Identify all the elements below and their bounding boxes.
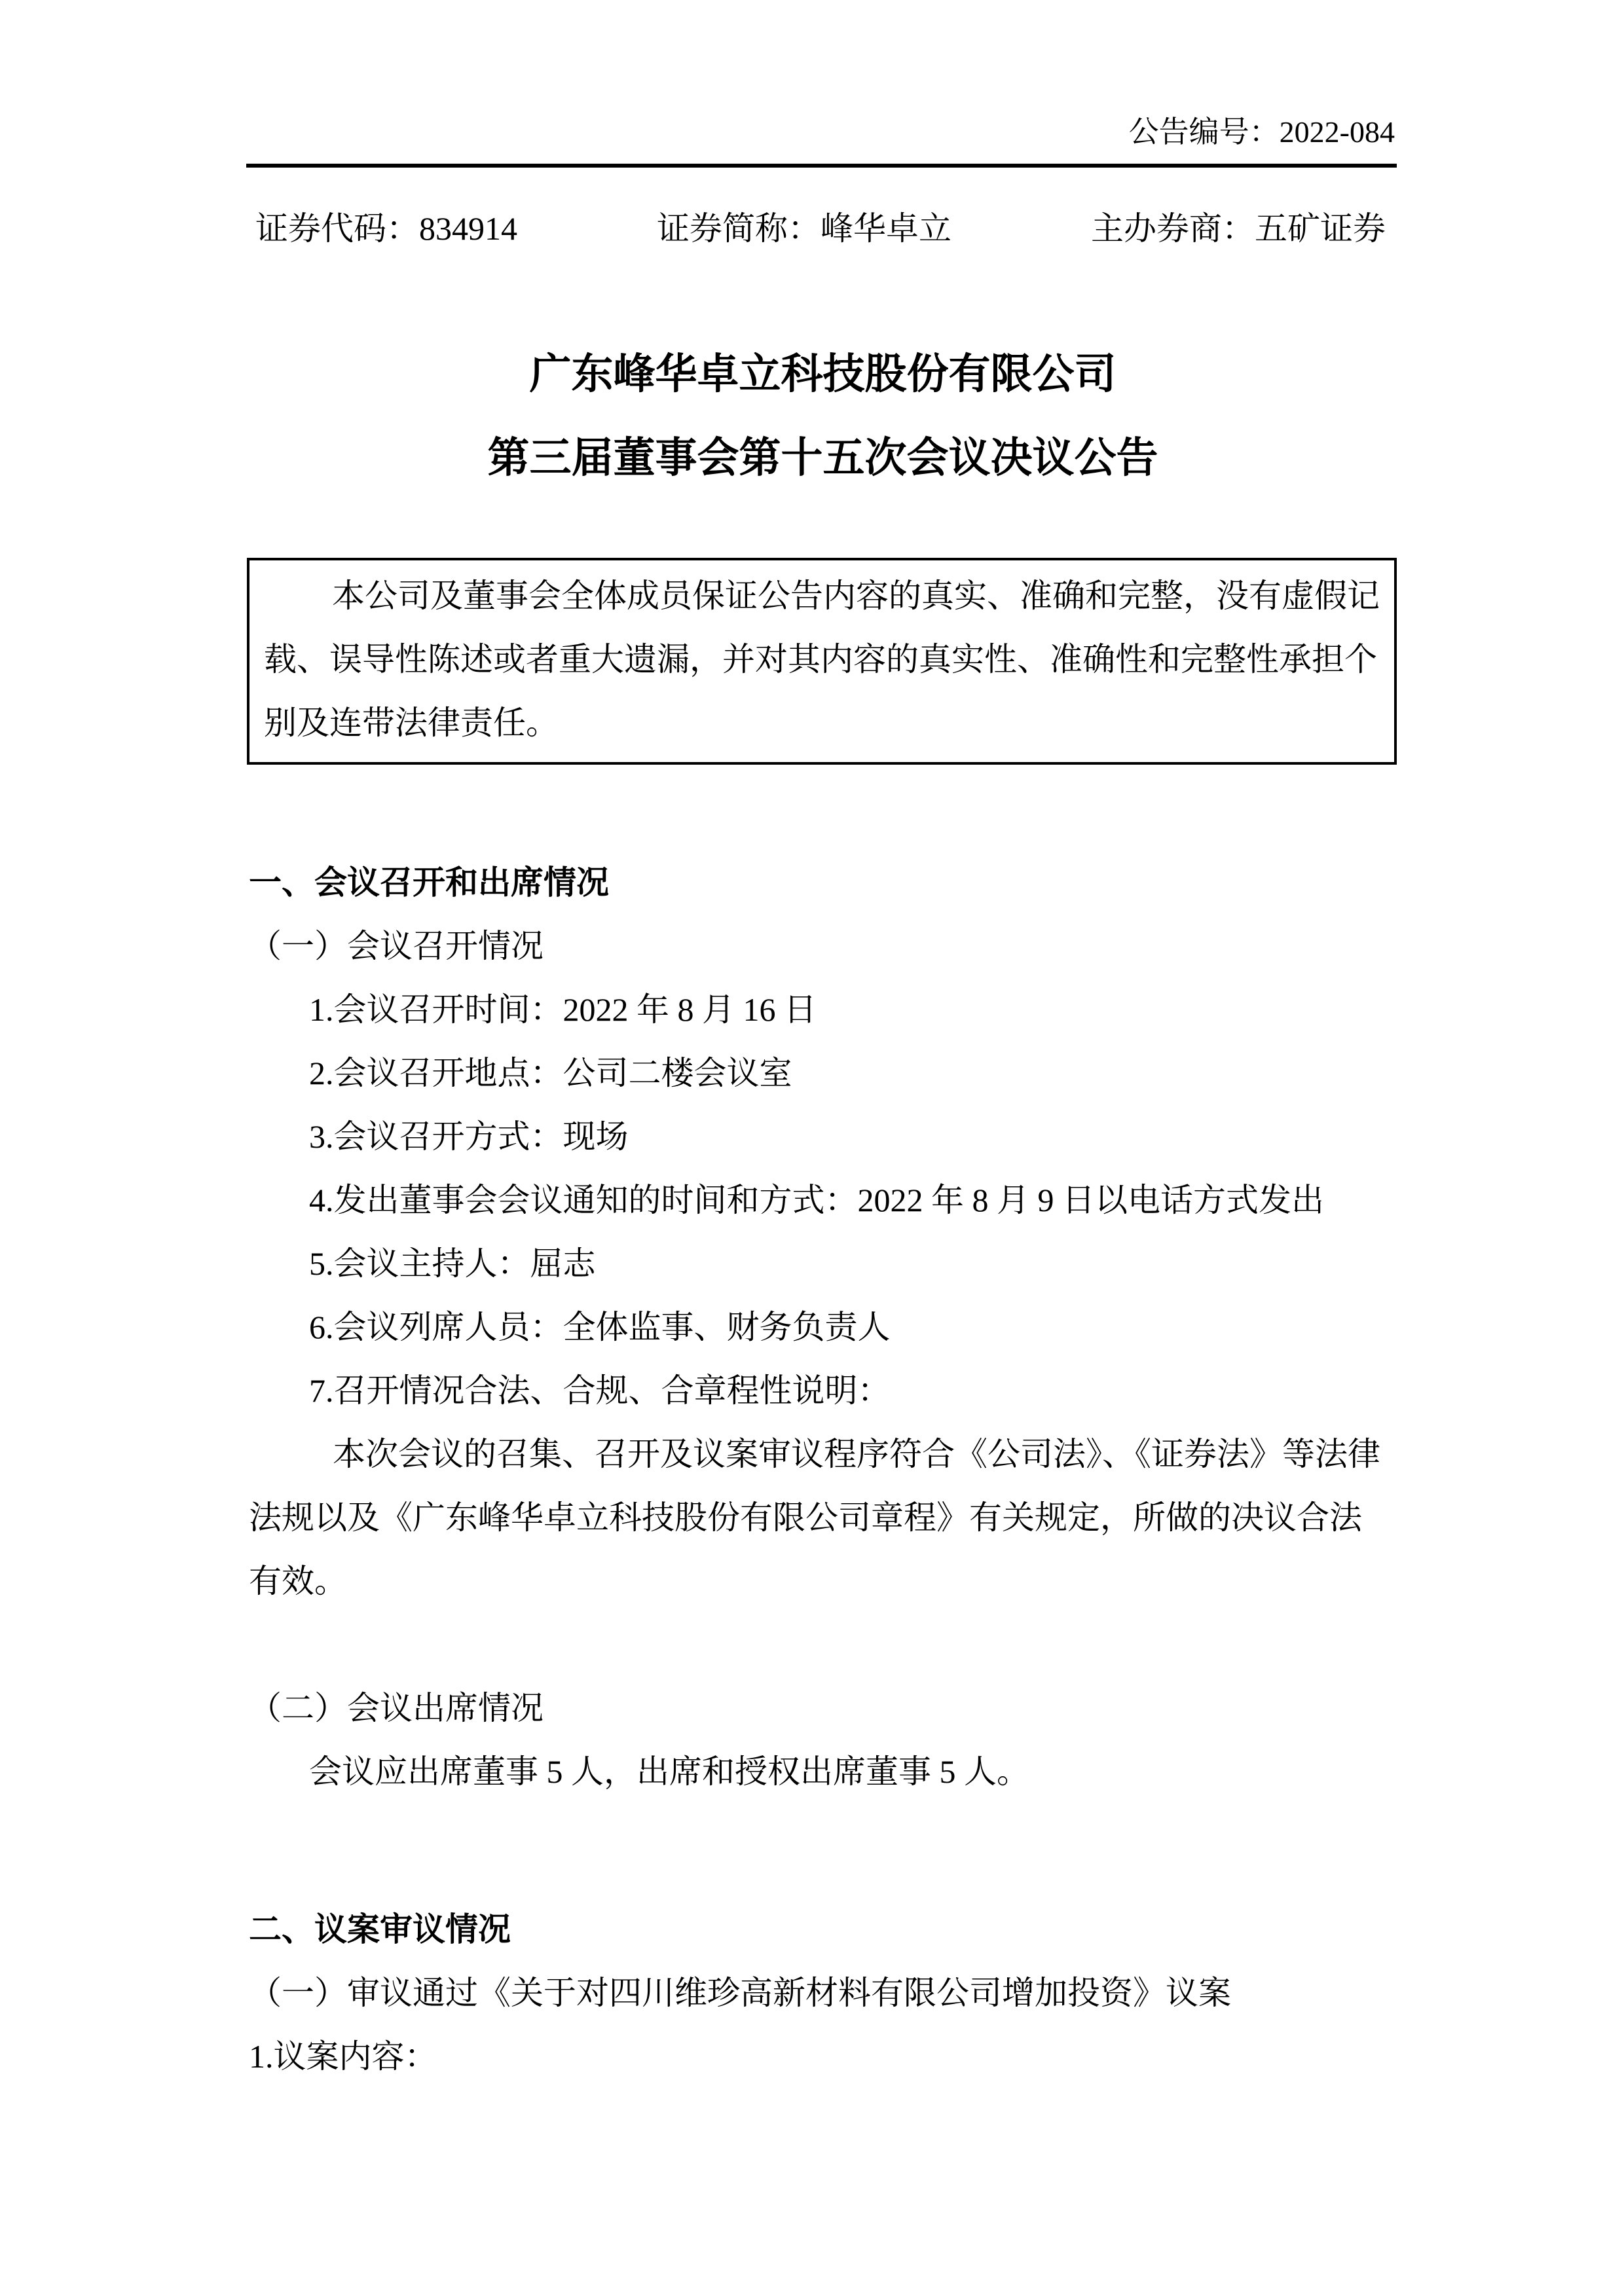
announcement-number: 公告编号：2022-084 (1129, 115, 1395, 149)
legality-line: 本次会议的召集、召开及议案审议程序符合《公司法》、《证券法》等法律 (249, 1423, 1397, 1486)
company-title: 广东峰华卓立科技股份有限公司 (249, 348, 1397, 401)
meeting-item-legality-label: 7.召开情况合法、合规、合章程性说明： (249, 1359, 1397, 1423)
section1-heading: 一、会议召开和出席情况 (249, 851, 1397, 915)
section2-sub1-heading: （一）审议通过《关于对四川维珍高新材料有限公司增加投资》议案 (249, 1961, 1397, 2025)
blank-line (249, 1613, 1397, 1677)
stock-short-name: 证券简称：峰华卓立 (657, 208, 951, 249)
meeting-item-method: 3.会议召开方式：现场 (249, 1105, 1397, 1169)
disclaimer-line: 载、误导性陈述或者重大遗漏，并对其内容的真实性、准确性和完整性承担个 (264, 628, 1382, 691)
sponsor: 主办券商：五矿证券 (1091, 208, 1386, 249)
legality-line: 有效。 (249, 1550, 1397, 1613)
securities-info-row: 证券代码：834914 证券简称：峰华卓立 主办券商：五矿证券 (255, 208, 1386, 249)
section1-sub1-heading: （一）会议召开情况 (249, 915, 1397, 978)
section2-heading: 二、议案审议情况 (249, 1898, 1397, 1961)
legality-line: 法规以及《广东峰华卓立科技股份有限公司章程》有关规定，所做的决议合法 (249, 1486, 1397, 1550)
disclaimer-line: 别及连带法律责任。 (264, 691, 1382, 755)
meeting-title: 第三届董事会第十五次会议决议公告 (249, 432, 1397, 484)
document-page: 公告编号：2022-084 证券代码：834914 证券简称：峰华卓立 主办券商… (0, 0, 1624, 2296)
meeting-item-notice: 4.发出董事会会议通知的时间和方式：2022 年 8 月 9 日以电话方式发出 (249, 1169, 1397, 1232)
meeting-item-place: 2.会议召开地点：公司二楼会议室 (249, 1042, 1397, 1105)
disclaimer-box: 本公司及董事会全体成员保证公告内容的真实、准确和完整，没有虚假记 载、误导性陈述… (247, 558, 1397, 765)
attendance-line: 会议应出席董事 5 人，出席和授权出席董事 5 人。 (249, 1740, 1397, 1804)
document-body: 一、会议召开和出席情况 （一）会议召开情况 1.会议召开时间：2022 年 8 … (249, 851, 1397, 2088)
stock-code: 证券代码：834914 (255, 208, 517, 249)
section1-sub2-heading: （二）会议出席情况 (249, 1677, 1397, 1740)
disclaimer-line: 本公司及董事会全体成员保证公告内容的真实、准确和完整，没有虚假记 (264, 564, 1382, 628)
meeting-item-attendees: 6.会议列席人员：全体监事、财务负责人 (249, 1296, 1397, 1359)
proposal-content-label: 1.议案内容： (249, 2025, 1397, 2088)
section-spacer (249, 1804, 1397, 1898)
meeting-item-time: 1.会议召开时间：2022 年 8 月 16 日 (249, 978, 1397, 1042)
header-rule (246, 164, 1397, 168)
meeting-item-host: 5.会议主持人：屈志 (249, 1232, 1397, 1296)
